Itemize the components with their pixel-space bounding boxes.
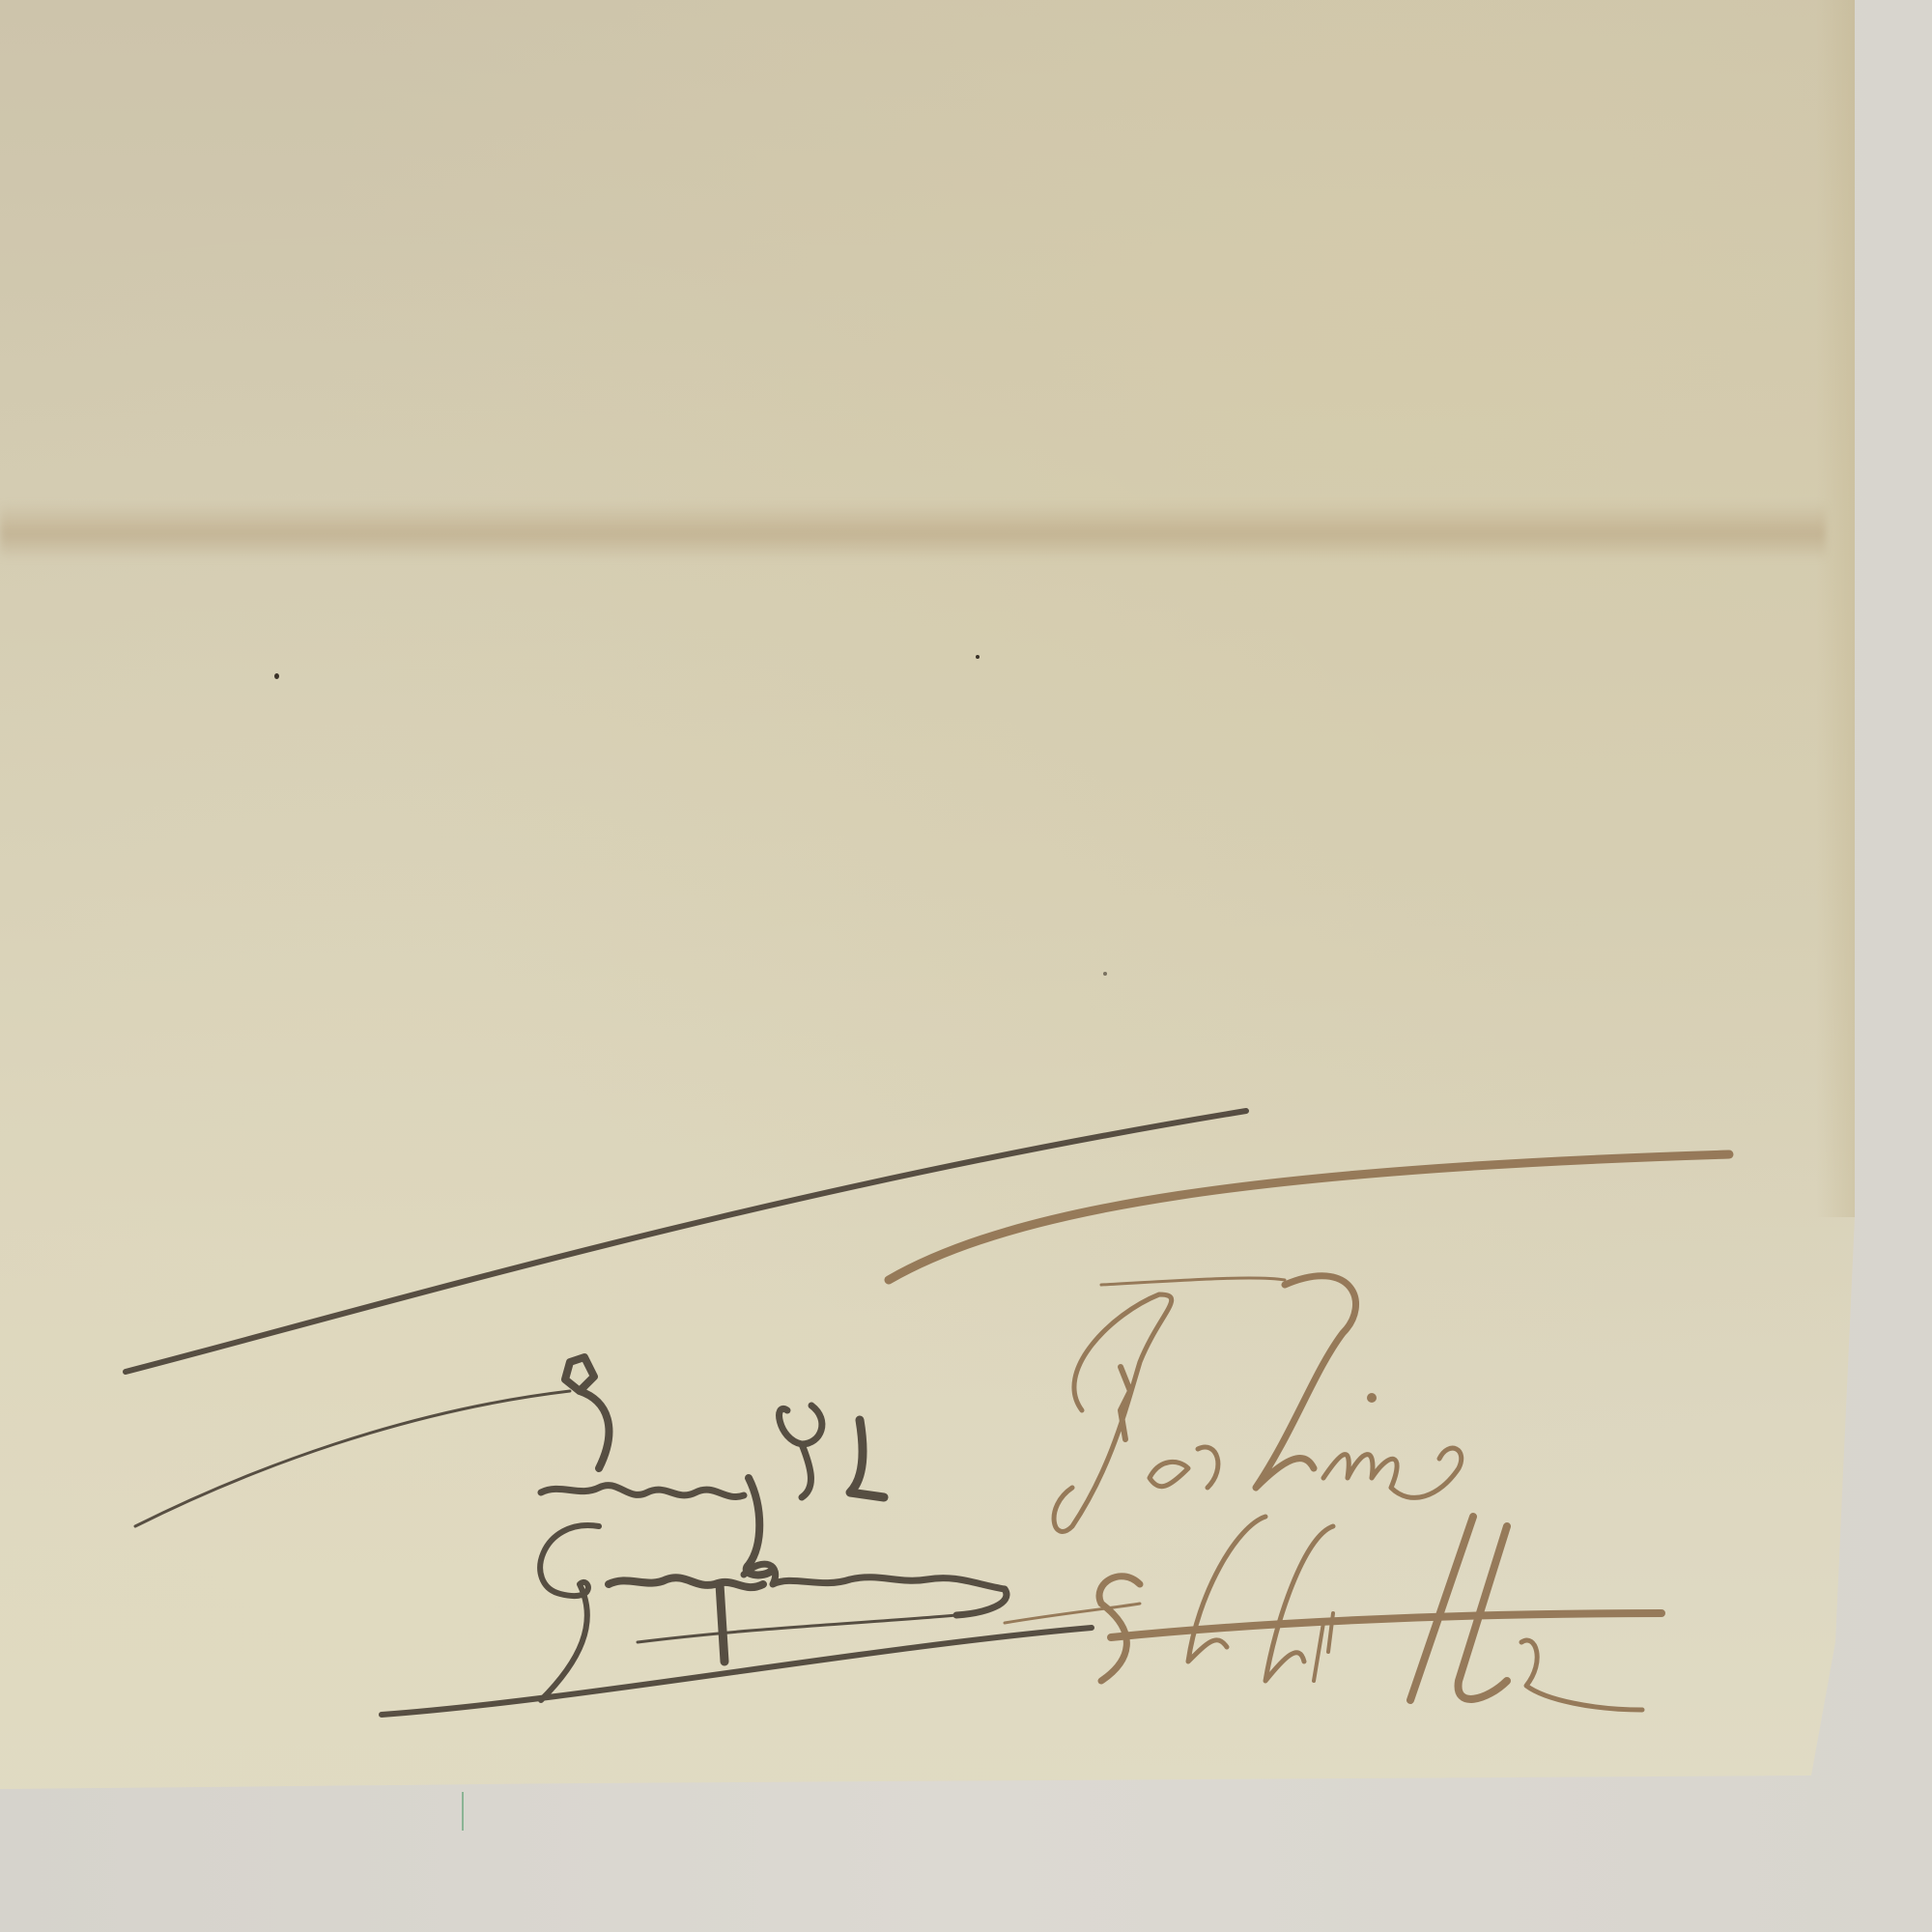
signature-right [889,1154,1729,1710]
signatures-layer [0,0,1932,1932]
signature-left [126,1111,1246,1715]
